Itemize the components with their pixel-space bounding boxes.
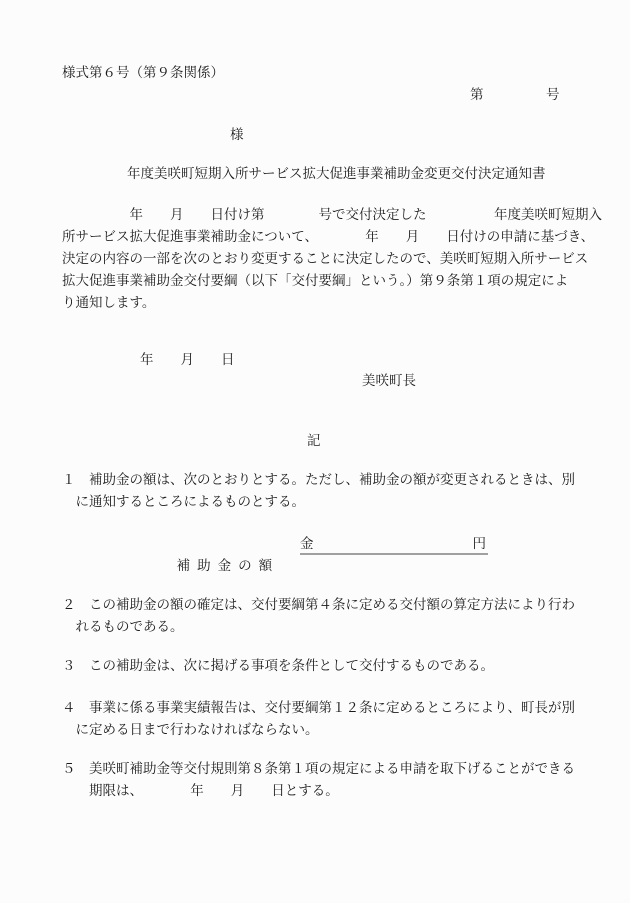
item-5: ５ 美咲町補助金等交付規則第８条第１項の規定による申請を取下げることができる 期…: [62, 758, 568, 802]
addressee-field[interactable]: [62, 124, 222, 146]
item-3: ３ この補助金は、次に掲げる事項を条件として交付するものである。: [62, 655, 568, 677]
issue-date: 年 月 日: [140, 349, 235, 371]
doc-number-prefix: 第: [470, 84, 484, 106]
item-line: れるものである。: [62, 616, 568, 638]
item-line: に定める日まで行わなければならない。: [62, 719, 568, 741]
item-line: ２ この補助金の額の確定は、交付要綱第４条に定める交付額の算定方法により行わ: [62, 594, 568, 616]
item-1: １ 補助金の額は、次のとおりとする。ただし、補助金の額が変更されるときは、別 に…: [62, 469, 568, 513]
ki-heading: 記: [307, 430, 321, 452]
item-line: 期限は、 年 月 日とする。: [62, 780, 568, 802]
amount-suffix: 円: [473, 533, 487, 555]
item-2: ２ この補助金の額の確定は、交付要綱第４条に定める交付額の算定方法により行わ れ…: [62, 594, 568, 638]
body-paragraph: 年 月 日付け第 号で交付決定した 年度美咲町短期入 所サービス拡大促進事業補助…: [62, 204, 568, 314]
item-line: ５ 美咲町補助金等交付規則第８条第１項の規定による申請を取下げることができる: [62, 758, 568, 780]
body-line: 所サービス拡大促進事業補助金について、 年 月 日付けの申請に基づき、: [62, 226, 568, 248]
document-title: 年度美咲町短期入所サービス拡大促進事業補助金変更交付決定通知書: [127, 163, 546, 185]
form-number: 様式第６号（第９条関係）: [62, 62, 224, 84]
body-line: 年 月 日付け第 号で交付決定した 年度美咲町短期入: [62, 204, 568, 226]
amount-field[interactable]: 金 円: [300, 533, 488, 555]
body-line: 決定の内容の一部を次のとおり変更することに決定したので、美咲町短期入所サービス: [62, 248, 568, 270]
amount-row: 補助金の額: [168, 533, 279, 577]
item-line: に通知するところによるものとする。: [62, 491, 568, 513]
doc-number-field[interactable]: [500, 84, 550, 106]
addressee-suffix: 様: [230, 124, 244, 146]
item-line: １ 補助金の額は、次のとおりとする。ただし、補助金の額が変更されるときは、別: [62, 469, 568, 491]
body-line: り通知します。: [62, 292, 568, 314]
item-4: ４ 事業に係る事業実績報告は、交付要綱第１２条に定めるところにより、町長が別 に…: [62, 697, 568, 741]
issuer-name: 美咲町長: [362, 370, 416, 392]
amount-label: 補助金の額: [177, 555, 280, 577]
item-line: ３ この補助金は、次に掲げる事項を条件として交付するものである。: [62, 655, 568, 677]
amount-prefix: 金: [300, 533, 314, 555]
body-line: 拡大促進事業補助金交付要綱（以下「交付要綱」という。）第９条第１項の規定によ: [62, 270, 568, 292]
doc-number-suffix: 号: [546, 84, 560, 106]
item-line: ４ 事業に係る事業実績報告は、交付要綱第１２条に定めるところにより、町長が別: [62, 697, 568, 719]
